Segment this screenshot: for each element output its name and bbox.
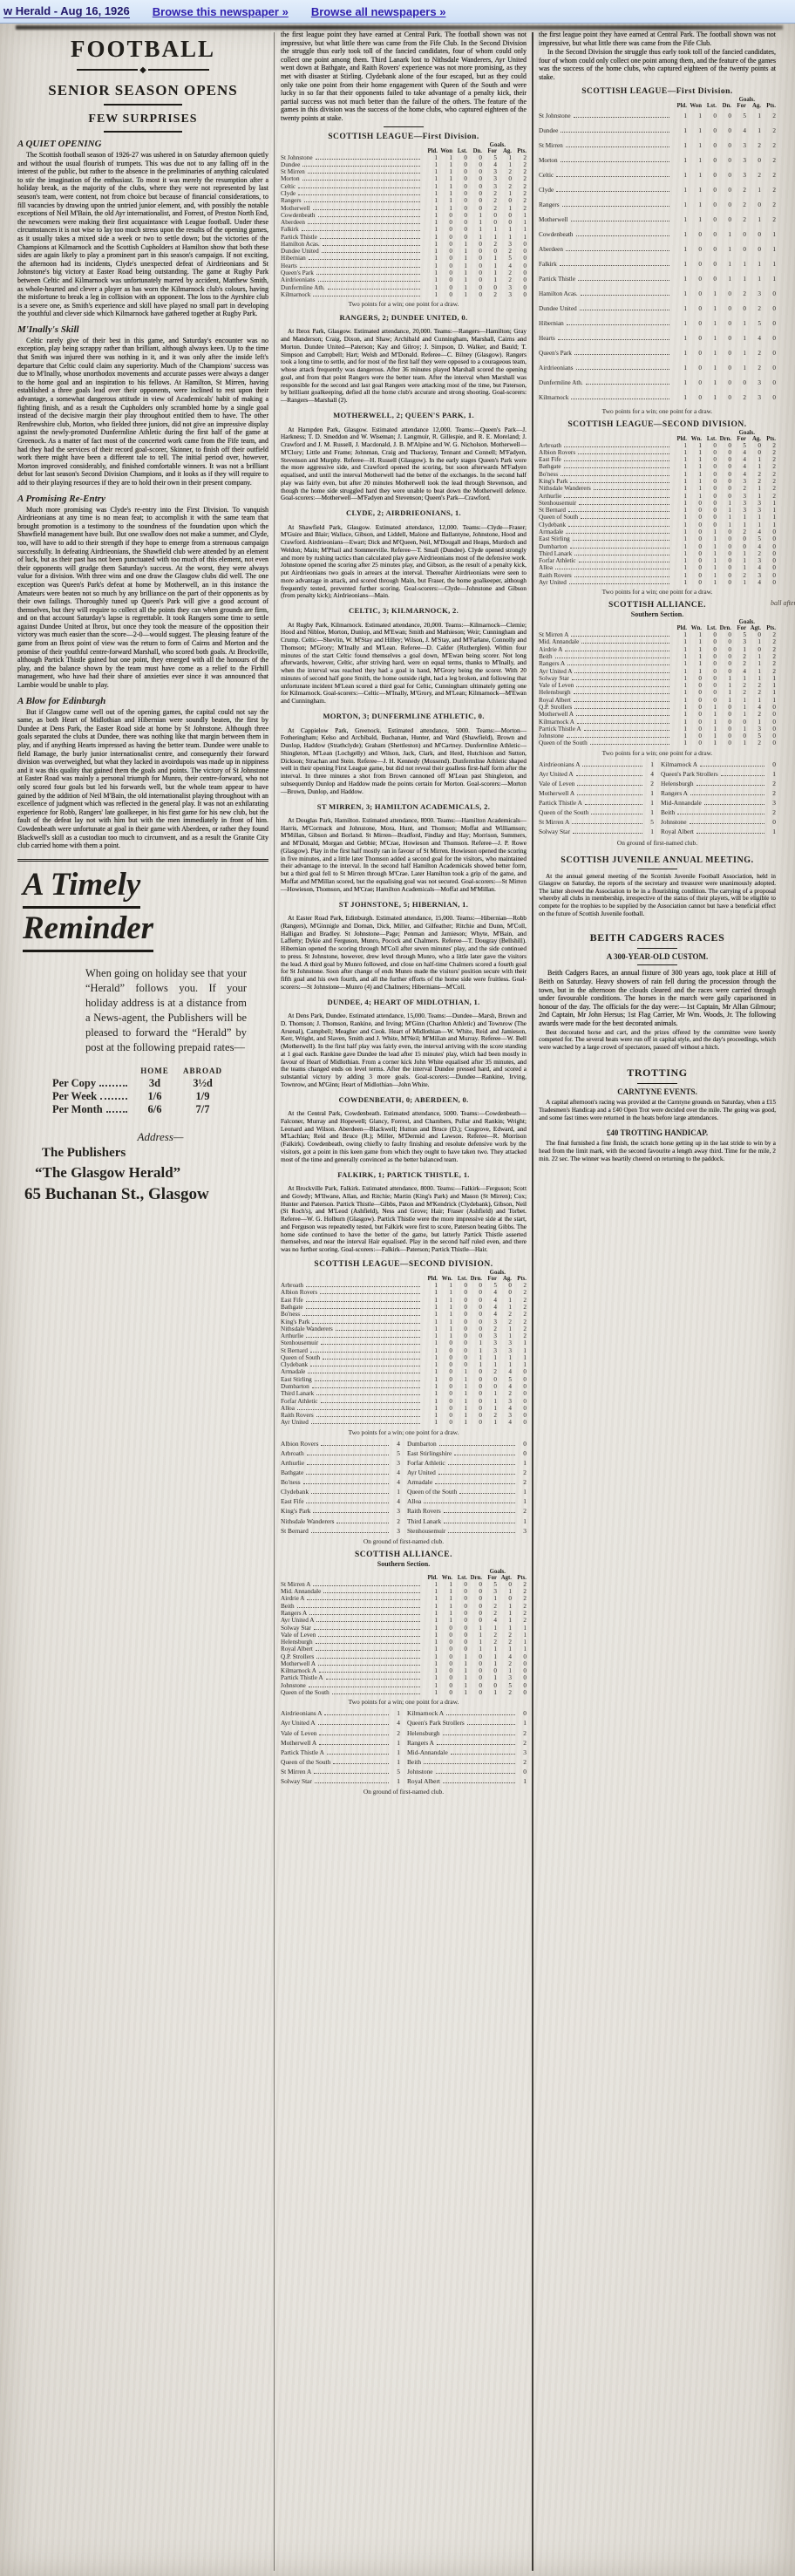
section-paragraph: Much more promising was Clyde's re-entry… [17,506,268,690]
column-header: Drn. [467,1276,482,1282]
leader-dots [318,1665,420,1666]
match-report-title: CELTIC, 3; KILMARNOCK, 2. [281,606,527,615]
team-name: Nithsdale Wanderers [539,485,591,492]
column-header: Lst. [702,625,717,631]
stat-value: 0 [467,1319,482,1325]
table-row: Bathgate1100412 [539,463,776,470]
table-header-row: Goals.Pld.Wn.Lst.Drn.ForAgt.Pts. [281,1575,527,1581]
stat-value: 2 [497,276,512,283]
stat-value: 0 [452,226,467,233]
address-label: Address— [52,1130,268,1144]
stat-value: 5 [746,535,761,542]
stat-value: 1 [746,257,761,272]
rates-home-header: HOME [131,1067,179,1075]
stat-value: 1 [746,463,761,470]
team-name: St Bernard [539,507,566,514]
result-line: Arbroath5East Stirlingshire0 [281,1448,527,1458]
home-score: 1 [391,1776,400,1786]
stat-value: 0 [717,739,731,746]
leader-dots [307,1455,389,1455]
stat-value: 2 [746,682,761,689]
stat-value: 1 [672,543,687,550]
team-name: Partick Thistle A [539,726,581,733]
leader-dots [314,1773,389,1774]
leader-dots [578,453,669,454]
stat-value: 0 [438,1390,452,1397]
leader-dots [424,1763,515,1764]
away-team: Queen's Park Strollers [407,1718,465,1728]
leader-dots [578,280,669,281]
stat-value: 0 [687,272,702,287]
stat-value: 0 [687,739,702,746]
stat-value: 1 [497,1603,512,1610]
beith-races-body-1: Beith Cadgers Races, an annual fixture o… [539,969,776,1027]
match-report-body: At Rugby Park, Kilmarnock. Estimated att… [281,622,527,705]
stat-value: 2 [497,1639,512,1646]
stat-value: 0 [467,168,482,175]
away-result: Mid-Annandale3 [407,1748,527,1757]
home-team: Airdrieonians A [539,760,580,769]
leader-dots [565,651,669,651]
column-league-tables: the first league point they have earned … [281,31,527,1799]
rate-leader [100,1098,127,1100]
home-team: Queen of the South [539,808,588,817]
stat-value: 1 [702,535,717,542]
stat-value: 0 [512,1689,527,1696]
home-score: 5 [645,817,654,827]
stat-value: 2 [761,449,776,456]
rate-abroad-value: 7/7 [179,1103,227,1116]
stat-value: 0 [452,168,467,175]
stat-value: 1 [717,500,731,507]
stat-value: 0 [702,493,717,500]
leader-dots [696,833,764,834]
column-header: Agt. [497,1575,512,1581]
stat-value: 1 [438,161,452,168]
stat-value: 1 [497,1667,512,1674]
stat-value: 1 [423,241,438,248]
team-name: Rangers [281,197,302,204]
stat-value: 3 [482,1588,497,1595]
stat-value: 2 [731,198,746,213]
stat-value: 2 [761,638,776,645]
stat-value: 0 [761,528,776,535]
stat-value: 0 [717,733,731,739]
table-row: Albion Rovers1100402 [539,449,776,456]
leader-dots [690,794,764,795]
team-name: Hibernian [281,255,306,262]
stat-value: 1 [761,514,776,521]
stat-value: 1 [687,124,702,139]
home-team: Arbroath [281,1448,304,1458]
stat-value: 0 [761,550,776,557]
stat-value: 0 [761,572,776,579]
stat-value: 0 [452,1297,467,1304]
table-row: Queen's Park1010120 [539,346,776,361]
leader-dots [564,460,669,461]
result-line: Vale of Leven2Helensburgh2 [281,1728,527,1738]
column-header: For [482,148,497,154]
stat-value: 0 [452,1588,467,1595]
home-result: St Mirren A5 [539,817,654,827]
browse-all-newspapers-link[interactable]: Browse all newspapers » [311,5,446,18]
stat-value: 0 [452,212,467,219]
away-result: Queen's Park Strollers1 [407,1718,527,1728]
stat-value: 0 [467,1282,482,1289]
leader-dots [322,252,420,253]
stat-value: 0 [717,564,731,571]
newspaper-title-link[interactable]: w Herald - Aug 16, 1926 [3,4,130,18]
leader-dots [576,715,669,716]
stat-value: 0 [512,241,527,248]
stat-value: 0 [702,631,717,638]
stat-value: 0 [761,346,776,361]
stat-value: 1 [423,284,438,291]
stat-value: 4 [746,579,761,586]
table-row: Queen of South1001111 [539,514,776,521]
leader-dots [321,1402,420,1403]
team-name: Celtic [539,168,554,183]
team-name: Queen of the South [539,739,588,746]
table-row: Arthurlie1100312 [281,1332,527,1339]
table-row: Hibernian1010150 [539,317,776,331]
trotting-heading: TROTTING [539,1067,776,1080]
stat-value: 0 [761,579,776,586]
leader-dots [320,238,420,239]
stat-value: 1 [452,1660,467,1667]
home-team: East Fife [281,1496,303,1506]
stat-value: 1 [672,550,687,557]
goals-label: Goals. [739,619,755,625]
stat-value: 5 [497,255,512,262]
team-name: Kilmarnock A [539,719,574,726]
leader-dots [311,1493,389,1494]
leader-dots [580,310,669,310]
stat-value: 1 [423,1674,438,1681]
table-header-row: Goals.Pld.Wn.Lst.Drn.ForAg.Pts. [281,1276,527,1282]
table-title: SCOTTISH LEAGUE—SECOND DIVISION. [281,1260,527,1269]
stat-value: 0 [761,535,776,542]
advert-title-line2: Reminder [23,909,153,952]
browse-this-newspaper-link[interactable]: Browse this newspaper » [153,5,289,18]
team-name: Bo'ness [539,471,558,478]
stat-value: 2 [482,1412,497,1419]
stat-value: 1 [438,1311,452,1318]
stat-value: 1 [452,1667,467,1674]
stat-value: 1 [482,1419,497,1426]
team-name: Helensburgh [539,689,571,696]
beith-races-body-2: Best decorated horse and cart, and the p… [539,1029,776,1052]
team-name: East Stirling [281,1376,312,1383]
team-name: Dumbarton [539,543,567,550]
stat-value: 1 [731,579,746,586]
stat-value: 2 [497,1311,512,1318]
stat-value: 1 [482,262,497,269]
newspaper-scan: ball after FOOTBALL ◆ SENIOR SEASON OPEN… [0,24,795,2576]
match-report-body: At Shawfield Park, Glasgow. Estimated at… [281,524,527,601]
match-report-title: MOTHERWELL, 2; QUEEN'S PARK, 1. [281,411,527,419]
stat-value: 0 [438,1347,452,1354]
rate-row: Per Month6/67/7 [52,1103,227,1116]
stat-value: 2 [497,1390,512,1397]
away-result: Helensburgh2 [407,1728,527,1738]
leader-dots [314,1629,420,1630]
team-name: Airdrie A [539,646,562,653]
table-row: Dundee United1010020 [281,248,527,255]
table-row: Forfar Athletic1010130 [281,1398,527,1405]
stat-value: 1 [438,1297,452,1304]
stat-value: 1 [512,1646,527,1653]
home-score: 1 [645,808,654,817]
stat-value: 0 [452,1319,467,1325]
stat-value: 5 [746,733,761,739]
home-result: Partick Thistle A1 [539,798,654,808]
leader-dots [561,475,669,476]
match-report-body: At Hampden Park, Glasgow. Estimated atte… [281,426,527,503]
stat-value: 0 [467,1376,482,1383]
stat-value: 1 [423,1282,438,1289]
stat-value: 0 [761,391,776,405]
away-score: 2 [518,1468,527,1477]
table-row: Dumbarton1010040 [539,543,776,550]
stat-value: 3 [482,183,497,190]
table-row: Stenhousemuir1001331 [539,500,776,507]
stat-value: 0 [467,248,482,255]
stat-value: 1 [672,361,687,376]
column-header: Lst. [452,1276,467,1282]
column-rule-1 [274,32,275,2571]
team-name: Airdrieonians [281,276,316,283]
stat-value: 0 [497,1581,512,1588]
stat-value: 1 [423,190,438,197]
away-team: Armadale [407,1477,432,1487]
stat-value: 1 [717,242,731,257]
away-score: 3 [518,1526,527,1536]
continuation-paragraph-2: In the Second Division the struggle thus… [539,48,776,81]
table-row: Raith Rovers1010230 [281,1412,527,1419]
leader-dots [581,518,669,519]
home-result: Motherwell A1 [281,1738,400,1748]
stat-value: 1 [731,550,746,557]
stat-value: 1 [438,1289,452,1296]
leader-dots [306,1503,389,1503]
stat-value: 0 [717,528,731,535]
stat-value: 1 [467,226,482,233]
leader-dots [443,1782,515,1783]
table-row: Kilmarnock1010230 [281,291,527,298]
leader-dots [574,693,669,694]
away-team: Kilmarnock A [407,1708,444,1718]
advert-title: A Timely Reminder [23,865,268,953]
result-line: Queen of the South1Beith2 [539,808,776,817]
home-team: Ayr United A [539,769,574,779]
home-result: Arthurlie3 [281,1458,400,1468]
leader-dots [315,1380,420,1381]
team-name: Rangers A [539,660,565,667]
team-name: Airdrieonians [539,361,574,376]
stat-value: 0 [467,183,482,190]
stat-value: 1 [702,711,717,718]
stat-value: 0 [717,471,731,478]
leader-dots [437,1744,515,1745]
stat-value: 1 [497,1646,512,1653]
leader-dots [312,1323,420,1324]
stat-value: 0 [467,1617,482,1624]
stat-value: 1 [423,1311,438,1318]
stat-value: 0 [452,219,467,226]
leader-dots [721,775,764,776]
stat-value: 0 [452,1289,467,1296]
result-line: Albion Rovers4Dumbarton0 [281,1439,527,1448]
spacer [281,1276,423,1282]
stat-value: 1 [761,507,776,514]
team-name: Clydebank [281,1361,308,1368]
leader-dots [570,482,669,483]
leader-dots [306,1474,389,1475]
leader-dots [306,1337,420,1338]
stat-value: 1 [687,183,702,198]
stat-value: 2 [761,485,776,492]
stat-value: 1 [687,631,702,638]
leader-dots [306,1286,420,1287]
stat-value: 1 [438,1603,452,1610]
stat-value: 2 [512,1603,527,1610]
leader-dots [302,1315,420,1316]
stat-value: 3 [497,284,512,291]
stat-value: 0 [452,175,467,182]
stat-value: 0 [717,719,731,726]
stat-value: 0 [687,675,702,682]
table-row: Falkirk1001111 [539,257,776,272]
stat-value: 1 [746,493,761,500]
stat-value: 2 [731,528,746,535]
stat-value: 0 [467,1304,482,1311]
stat-value: 1 [702,287,717,302]
leader-dots [576,775,642,776]
stat-value: 1 [702,391,717,405]
match-report-title: RANGERS, 2; DUNDEE UNITED, 0. [281,313,527,322]
team-name: Q.P. Strollers [539,704,572,711]
stat-value: 0 [497,212,512,219]
stat-value: 1 [467,212,482,219]
stat-value: 4 [746,331,761,346]
stat-value: 0 [438,1667,452,1674]
stat-value: 1 [452,1383,467,1390]
stat-value: 0 [512,1412,527,1419]
stat-value: 1 [672,153,687,168]
stat-value: 0 [761,726,776,733]
stat-value: 0 [467,1332,482,1339]
section-heading: M'Inally's Skill [17,324,268,335]
stat-value: 2 [761,124,776,139]
leader-dots [311,1423,420,1424]
team-name: St Mirren A [539,631,568,638]
stat-value: 0 [452,1639,467,1646]
table-subtitle: Southern Section. [539,610,776,618]
stat-value: 1 [746,109,761,124]
stat-value: 2 [761,442,776,449]
table-row: Raith Rovers1010230 [539,572,776,579]
stat-value: 1 [512,212,527,219]
advert-rates-table: HOME ABROAD Per Copy3d3½dPer Week1/61/9P… [52,1067,227,1116]
match-report-title: ST MIRREN, 3; HAMILTON ACADEMICALS, 2. [281,802,527,811]
table-row: Johnstone1010050 [539,733,776,739]
stat-value: 0 [717,631,731,638]
stat-value: 2 [482,291,497,298]
result-line: St Bernard3Stenhousemuir3 [281,1526,527,1536]
column-header: Dn. [467,148,482,154]
stat-value: 4 [497,262,512,269]
away-team: Third Lanark [407,1516,441,1526]
stat-value: 0 [512,1398,527,1405]
result-line: Vale of Leven2Helensburgh2 [539,779,776,788]
section-paragraph: The Scottish football season of 1926-27 … [17,151,268,318]
ground-note: On ground of first-named club. [281,1537,527,1545]
leader-dots [307,1599,420,1600]
stat-value: 0 [452,1595,467,1602]
stat-value: 0 [702,689,717,696]
team-name: East Fife [539,456,561,463]
leader-dots [438,1474,515,1475]
column-header: Pld. [423,1276,438,1282]
table-row: Hearts1010140 [281,262,527,269]
stat-value: 1 [452,1390,467,1397]
stat-value: 0 [512,1667,527,1674]
leader-dots [451,1754,515,1755]
table-row: Falkirk1001111 [281,226,527,233]
leader-dots [564,467,669,468]
headline-football: FOOTBALL [17,36,268,63]
stat-value: 1 [746,521,761,528]
stat-value: 0 [467,241,482,248]
leader-dots [306,1308,420,1309]
stat-value: 0 [702,463,717,470]
home-result: Queen of the South1 [281,1757,400,1767]
result-line: Solway Star1Royal Albert1 [539,827,776,836]
team-name: Q.P. Strollers [281,1653,314,1660]
stat-value: 2 [512,183,527,190]
stat-value: 0 [438,234,452,241]
stat-value: 4 [482,161,497,168]
leader-dots [319,1672,420,1673]
table-row: Ayr United A1100412 [281,1617,527,1624]
stat-value: 1 [482,269,497,276]
stat-value: 1 [438,1581,452,1588]
away-score: 2 [767,808,776,817]
alliance-table: SCOTTISH ALLIANCE.Southern Section.Goals… [281,1550,527,1796]
team-name: Dunfermline Ath. [539,376,583,391]
table-header-row: Goals.Pld.Wn.Lst.Drn.ForAgt.Pts. [539,625,776,631]
stat-value: 1 [512,234,527,241]
stat-value: 1 [746,272,761,287]
leader-dots [323,1592,420,1593]
stat-value: 3 [482,1339,497,1346]
table-row: Partick Thistle1001111 [539,272,776,287]
stat-value: 1 [672,631,687,638]
second-division-table-right: SCOTTISH LEAGUE—SECOND DIVISION.Goals.Pl… [539,420,776,596]
column-header: Ag. [497,1276,512,1282]
stat-value: 0 [482,248,497,255]
table-row: Armadale1010240 [539,528,776,535]
table-row: Bathgate1100412 [281,1304,527,1311]
leader-dots [309,1614,420,1615]
match-report: CLYDE, 2; AIRDRIEONIANS, 1.At Shawfield … [281,508,527,600]
table-row: Mid. Annandale1100312 [281,1588,527,1595]
rate-label: Per Week [52,1090,97,1103]
stat-value: 0 [497,219,512,226]
stat-value: 0 [717,493,731,500]
table-row: St Mirren1100322 [281,168,527,175]
